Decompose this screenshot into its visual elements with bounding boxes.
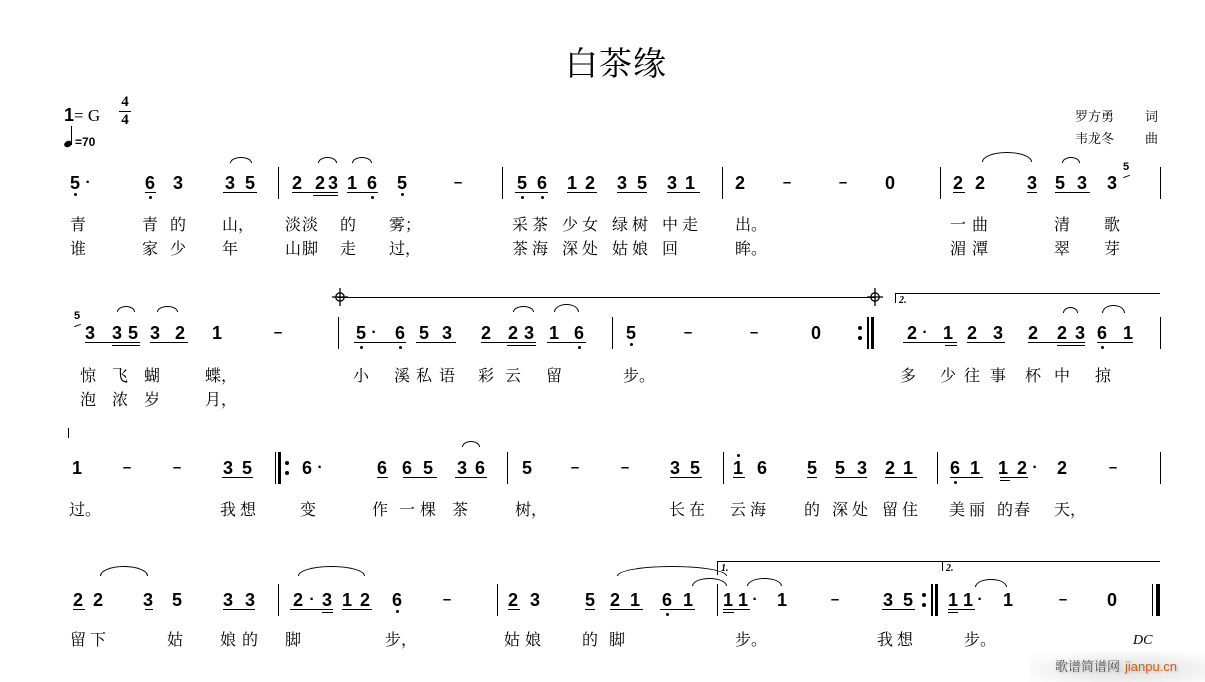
note-digit: 6 (757, 458, 767, 478)
volta-bracket-hook (895, 293, 896, 303)
note-digit: 5 (242, 458, 252, 478)
note-digit: 6 (367, 173, 377, 193)
lyric-char: 美 (949, 501, 965, 519)
lyric-char: 家 (142, 240, 158, 258)
slur-arc (617, 566, 727, 576)
note-digit: 6 (145, 173, 155, 193)
note-digit: 2 (610, 590, 620, 610)
note-digit: 5 (423, 458, 433, 478)
note-dash: – (274, 323, 282, 343)
note-digit: 2 (1017, 458, 1027, 478)
beam-underline (112, 345, 140, 346)
beam-underline (945, 345, 957, 346)
lyric-char: 的 (804, 501, 820, 519)
lyric-char: 姑 (612, 240, 628, 258)
lyric-char: 娘 (632, 240, 648, 258)
note-dash: – (1059, 590, 1067, 610)
note-digit: 1 (1003, 590, 1013, 610)
lyric-char: 娘 (220, 631, 236, 649)
lyric-char: 眸。 (735, 240, 767, 258)
augmentation-dot: · (317, 458, 322, 478)
slur-arc (982, 152, 1032, 162)
volta-bracket-hook (717, 561, 718, 575)
repeat-end-barline (931, 584, 933, 616)
note-digit: 2 (907, 323, 917, 343)
barline (278, 167, 279, 199)
note-digit: 3 (617, 173, 627, 193)
lyricist-name: 罗方勇 (1075, 110, 1114, 125)
final-thick-barline (1156, 584, 1160, 616)
repeat-dot (858, 326, 862, 330)
note-digit: 2 (175, 323, 185, 343)
note-digit: 1 (948, 590, 958, 610)
lyric-char: 淡 (285, 216, 301, 234)
system-tick (68, 428, 69, 438)
lyric-char: 我 (877, 631, 893, 649)
volta-bracket (717, 561, 1160, 562)
note-digit: 6 (377, 458, 387, 478)
slur-arc (1062, 157, 1080, 163)
note-digit: 5 (807, 458, 817, 478)
note-digit: 5 (70, 173, 80, 193)
slur-arc (975, 579, 1007, 587)
barline (278, 584, 279, 616)
note-digit: 5 (356, 323, 366, 343)
repeat-dot (285, 461, 289, 465)
note-digit: 1 (72, 458, 82, 478)
lyric-char: 青 (142, 216, 158, 234)
note-digit: 3 (530, 590, 540, 610)
lyric-char: 少 (940, 367, 956, 385)
note-dash: – (443, 590, 451, 610)
note-digit: 5 (835, 458, 845, 478)
note-digit: 1 (963, 590, 973, 610)
note-digit: 1 (723, 590, 733, 610)
lyric-char: 长 (669, 501, 685, 519)
note-digit: 5 (397, 173, 407, 193)
lyric-char: 脚 (609, 631, 625, 649)
note-digit: 2 (315, 173, 325, 193)
lyric-char: 深 (832, 501, 848, 519)
barline (1160, 167, 1161, 199)
lyric-char: 步。 (735, 631, 767, 649)
lyric-char: 曲 (972, 216, 988, 234)
lyric-char: 脚 (285, 631, 301, 649)
note-digit: 2 (975, 173, 985, 193)
note-digit: 3 (883, 590, 893, 610)
note-digit: 6 (395, 323, 405, 343)
lyric-char: 树， (515, 501, 547, 519)
lyric-char: 多 (900, 367, 916, 385)
augmentation-dot: · (977, 590, 982, 610)
lyric-char: 的 (170, 216, 186, 234)
lyric-char: 小 (353, 367, 369, 385)
lyric-char: 深 (562, 240, 578, 258)
time-signature-bottom: 4 (119, 113, 131, 128)
note-digit: 3 (667, 173, 677, 193)
note-digit: 3 (1077, 173, 1087, 193)
lyric-char: 的 (340, 216, 356, 234)
note-digit: 2 (508, 323, 518, 343)
lyric-char: 山 (285, 240, 301, 258)
note-digit: 5 (637, 173, 647, 193)
note-digit: 3 (1075, 323, 1085, 343)
note-digit: 2 (885, 458, 895, 478)
lyric-char: 出。 (735, 216, 767, 234)
song-title: 白茶缘 (516, 44, 716, 84)
lyric-char: 在 (689, 501, 705, 519)
lyric-char: 浓 (112, 391, 128, 409)
slur-arc (157, 306, 178, 312)
note-digit: 1 (347, 173, 357, 193)
lyric-char: 处 (852, 501, 868, 519)
slur-arc (554, 304, 579, 312)
note-digit: 5 (522, 458, 532, 478)
final-barline (1152, 584, 1153, 616)
note-digit: 5 (1055, 173, 1065, 193)
low-octave-dot (371, 196, 374, 199)
lyric-char: 云 (730, 501, 746, 519)
beam-underline (313, 195, 338, 196)
lyric-char: 茶 (512, 240, 528, 258)
lyric-char: 一 (950, 216, 966, 234)
lyric-char: 姑 (167, 631, 183, 649)
repeat-end-thick-barline (871, 317, 874, 349)
note-digit: 5 (517, 173, 527, 193)
repeat-dot (858, 336, 862, 340)
lyric-char: 飞 (112, 367, 128, 385)
note-digit: 1 (549, 323, 559, 343)
note-digit: 6 (950, 458, 960, 478)
barline (717, 584, 718, 616)
lyric-char: 往 (964, 367, 980, 385)
slur-arc (1063, 307, 1078, 313)
barline (612, 317, 613, 349)
note-digit: 6 (537, 173, 547, 193)
note-digit: 3 (993, 323, 1003, 343)
note-digit: 3 (670, 458, 680, 478)
lyric-char: 蝴 (144, 367, 160, 385)
note-digit: 1 (1123, 323, 1133, 343)
grace-note: 5 (74, 310, 80, 322)
lyric-char: 惊 (80, 367, 96, 385)
lyric-char: 雾； (389, 216, 421, 234)
lyric-char: 娘 (525, 631, 541, 649)
lyric-char: 我 (220, 501, 236, 519)
note-digit: 1 (342, 590, 352, 610)
lyric-char: 事 (990, 367, 1006, 385)
note-digit: 0 (1107, 590, 1117, 610)
lyric-char: 脚 (302, 240, 318, 258)
lyric-char: 树 (632, 216, 648, 234)
note-digit: 3 (442, 323, 452, 343)
lyric-char: 私 (416, 367, 432, 385)
high-octave-dot (737, 454, 740, 457)
lyric-char: 青 (70, 216, 86, 234)
note-digit: 5 (585, 590, 595, 610)
beam-underline (1057, 345, 1085, 346)
repeat-dot (285, 471, 289, 475)
grace-slash (1123, 175, 1130, 178)
lyric-char: 过。 (69, 501, 101, 519)
lyric-char: 湄 (950, 240, 966, 258)
lyric-char: 回 (662, 240, 678, 258)
repeat-dot (922, 593, 926, 597)
note-dash: – (831, 590, 839, 610)
note-digit: 2 (585, 173, 595, 193)
note-dash: – (750, 323, 758, 343)
repeat-start-barline (275, 452, 276, 484)
lyric-char: 山， (222, 216, 254, 234)
low-octave-dot (521, 196, 524, 199)
lyric-char: 语 (439, 367, 455, 385)
barline (722, 167, 723, 199)
augmentation-dot: · (922, 323, 927, 343)
lyric-char: 留 (882, 501, 898, 519)
composer-role: 曲 (1145, 132, 1158, 147)
note-digit: 3 (1107, 173, 1117, 193)
note-digit: 3 (85, 323, 95, 343)
note-digit: 2 (508, 590, 518, 610)
slur-arc (692, 578, 727, 586)
note-digit: 0 (885, 173, 895, 193)
note-digit: 1 (998, 458, 1008, 478)
lyric-char: 的 (242, 631, 258, 649)
note-digit: 2 (292, 173, 302, 193)
augmentation-dot: · (371, 323, 376, 343)
tempo-marking: =70 (64, 126, 114, 150)
volta-label: 2. (946, 564, 954, 574)
barline (507, 452, 508, 484)
lyric-char: 变 (300, 501, 316, 519)
lyric-char: 留 (70, 631, 86, 649)
beam-underline (723, 612, 734, 613)
lyric-char: 茶 (452, 501, 468, 519)
note-digit: 1 (738, 590, 748, 610)
note-digit: 1 (212, 323, 222, 343)
beam-underline (1000, 480, 1010, 481)
beam-underline (322, 612, 333, 613)
lyric-char: 海 (750, 501, 766, 519)
note-digit: 5 (172, 590, 182, 610)
note-digit: 2 (967, 323, 977, 343)
slur-arc (513, 306, 534, 312)
augmentation-dot: · (1032, 458, 1037, 478)
low-octave-dot (399, 346, 402, 349)
low-octave-dot (149, 196, 152, 199)
note-dash: – (571, 458, 579, 478)
lyric-char: 彩 (478, 367, 494, 385)
barline (723, 452, 724, 484)
slur-arc (230, 157, 252, 163)
da-capo-mark: DC (1133, 633, 1152, 649)
lyric-char: 想 (240, 501, 256, 519)
low-octave-dot (954, 481, 957, 484)
lyric-char: 的 (582, 631, 598, 649)
note-digit: 2 (1057, 458, 1067, 478)
lyric-char: 棵 (420, 501, 436, 519)
lyric-char: 泡 (80, 391, 96, 409)
lyric-char: 中 (1054, 367, 1070, 385)
note-digit: 3 (225, 173, 235, 193)
beam-underline (948, 612, 958, 613)
note-digit: 3 (328, 173, 338, 193)
composer-name: 韦龙冬 (1075, 132, 1114, 147)
quarter-note-head-icon (63, 140, 73, 149)
note-digit: 2 (953, 173, 963, 193)
grace-note: 5 (1123, 161, 1129, 173)
lyric-char: 翠 (1054, 240, 1070, 258)
note-digit: 1 (777, 590, 787, 610)
lyric-char: 淡 (302, 216, 318, 234)
lyric-char: 蝶， (205, 367, 237, 385)
low-octave-dot (630, 343, 633, 346)
lyric-char: 歌 (1104, 216, 1120, 234)
slur-arc (1102, 305, 1125, 313)
note-digit: 3 (857, 458, 867, 478)
note-digit: 3 (143, 590, 153, 610)
slur-arc (352, 157, 372, 163)
lyric-char: 少 (170, 240, 186, 258)
note-digit: 6 (475, 458, 485, 478)
lyric-char: 岁 (144, 391, 160, 409)
lyric-char: 留 (546, 367, 562, 385)
note-digit: 2 (93, 590, 103, 610)
lyric-char: 走 (682, 216, 698, 234)
note-digit: 6 (392, 590, 402, 610)
lyric-char: 掠 (1095, 367, 1111, 385)
beam-underline (507, 345, 536, 346)
lyric-char: 芽 (1104, 240, 1120, 258)
barline (1160, 317, 1161, 349)
note-digit: 3 (112, 323, 122, 343)
lyric-char: 想 (897, 631, 913, 649)
lyric-char: 女 (582, 216, 598, 234)
lyric-char: 步。 (623, 367, 655, 385)
lyric-char: 处 (582, 240, 598, 258)
tempo-value: =70 (75, 135, 95, 149)
volta-label: 1. (721, 564, 729, 574)
volta-bracket-hook (942, 561, 943, 571)
note-digit: 2 (1057, 323, 1067, 343)
note-digit: 2 (73, 590, 83, 610)
barline (940, 167, 941, 199)
time-signature-top: 4 (119, 95, 131, 110)
lyric-char: 杯 (1025, 367, 1041, 385)
key-tonic: 1 (64, 105, 74, 125)
lyric-char: 年 (222, 240, 238, 258)
lyric-char: 潭 (972, 240, 988, 258)
note-dash: – (839, 173, 847, 193)
note-digit: 1 (903, 458, 913, 478)
augmentation-dot: · (85, 173, 90, 193)
note-digit: 3 (322, 590, 332, 610)
note-digit: 5 (690, 458, 700, 478)
note-digit: 3 (223, 590, 233, 610)
barline (937, 452, 938, 484)
slur-arc (318, 157, 337, 163)
note-digit: 3 (173, 173, 183, 193)
low-octave-dot (74, 193, 77, 196)
volta-line (338, 297, 875, 298)
note-digit: 5 (626, 323, 636, 343)
note-digit: 0 (811, 323, 821, 343)
slur-arc (100, 566, 148, 576)
lyric-char: 清 (1054, 216, 1070, 234)
note-dash: – (621, 458, 629, 478)
slur-arc (747, 578, 782, 586)
note-digit: 6 (302, 458, 312, 478)
coda-icon (866, 288, 884, 306)
note-digit: 3 (1027, 173, 1037, 193)
grace-slash (74, 324, 81, 327)
note-digit: 1 (733, 458, 743, 478)
slur-arc (117, 306, 135, 312)
note-digit: 2 (360, 590, 370, 610)
low-octave-dot (578, 346, 581, 349)
lyric-char: 作 (372, 501, 388, 519)
note-digit: 6 (402, 458, 412, 478)
note-digit: 3 (223, 458, 233, 478)
lyric-char: 溪 (394, 367, 410, 385)
note-digit: 3 (150, 323, 160, 343)
low-octave-dot (1101, 346, 1104, 349)
low-octave-dot (541, 196, 544, 199)
barline (497, 584, 498, 616)
note-digit: 6 (1097, 323, 1107, 343)
note-digit: 3 (524, 323, 534, 343)
repeat-end-barline (867, 317, 869, 349)
augmentation-dot: · (309, 590, 314, 610)
note-digit: 2 (1028, 323, 1038, 343)
repeat-start-thick-barline (278, 452, 281, 484)
lyric-char: 中 (662, 216, 678, 234)
note-digit: 5 (903, 590, 913, 610)
lyric-char: 丽 (969, 501, 985, 519)
low-octave-dot (360, 346, 363, 349)
note-dash: – (783, 173, 791, 193)
note-digit: 2 (293, 590, 303, 610)
lyric-char: 茶 (532, 216, 548, 234)
slur-arc (462, 441, 480, 447)
repeat-end-thick-barline (935, 584, 938, 616)
note-digit: 5 (245, 173, 255, 193)
note-digit: 2 (735, 173, 745, 193)
note-digit: 2 (481, 323, 491, 343)
time-signature: 4 4 (119, 95, 131, 128)
score-sheet: 白茶缘 1= G 4 4 =70 罗方勇 词 韦龙冬 曲 DC 歌谱简谱网 ji… (0, 0, 1205, 682)
key-signature: 1= G (64, 105, 100, 126)
lyric-char: 少 (562, 216, 578, 234)
note-digit: 1 (970, 458, 980, 478)
note-digit: 1 (943, 323, 953, 343)
low-octave-dot (396, 610, 399, 613)
lyric-char: 采 (512, 216, 528, 234)
lyric-char: 月， (205, 391, 237, 409)
key-name: = G (74, 106, 100, 125)
lyric-char: 天， (1054, 501, 1086, 519)
lyric-char: 下 (90, 631, 106, 649)
note-digit: 1 (685, 173, 695, 193)
note-digit: 5 (128, 323, 138, 343)
lyric-char: 的 (997, 501, 1013, 519)
lyric-char: 步。 (964, 631, 996, 649)
note-digit: 1 (630, 590, 640, 610)
lyric-char: 步， (385, 631, 417, 649)
barline (338, 317, 339, 349)
note-digit: 1 (683, 590, 693, 610)
lyric-char: 谁 (70, 240, 86, 258)
